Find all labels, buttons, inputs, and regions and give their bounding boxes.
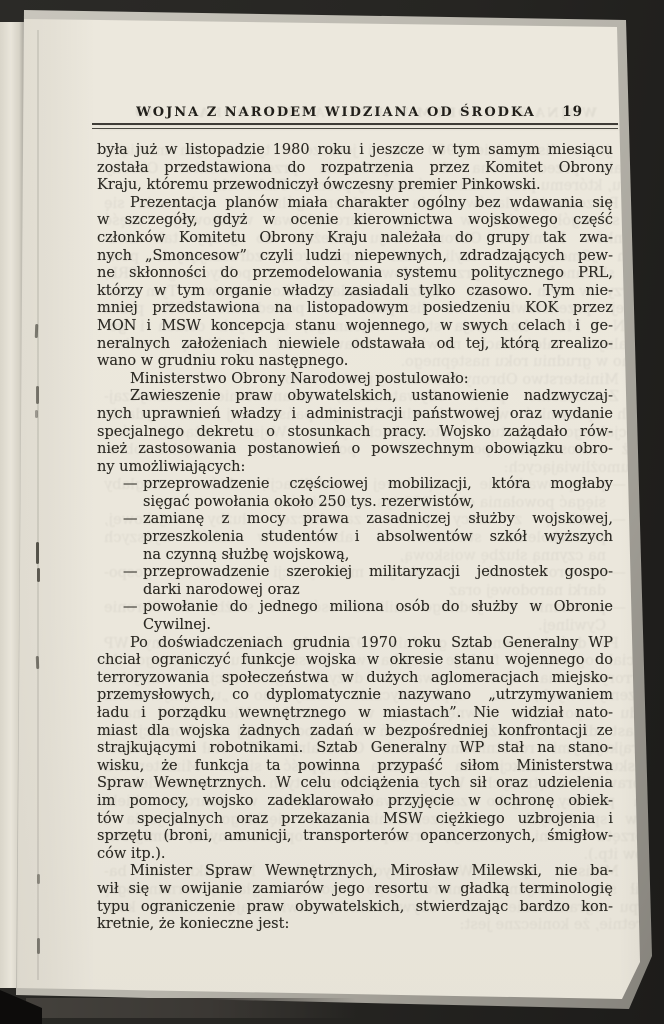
list-dash: — [123, 476, 143, 494]
list-item-lines: zamianę z mocy prawa zasadniczej służby … [143, 511, 613, 564]
text-line: nież zastosowania postanowień o powszech… [97, 441, 613, 459]
text-line: mniej przedstawiona na listopadowym posi… [97, 300, 613, 318]
text-line: członków Komitetu Obrony Kraju należała … [97, 230, 613, 248]
text-line: wił się w owijanie zamiarów jego resortu… [97, 881, 613, 899]
paragraph: Ministerstwo Obrony Narodowej postulował… [97, 371, 613, 389]
list-item: —przeprowadzenie częściowej mobilizacji,… [97, 476, 613, 511]
text-line: im pomocy, wojsko zadeklarowało przyjęci… [97, 793, 613, 811]
paragraph: Po doświadczeniach grudnia 1970 roku Szt… [97, 635, 613, 864]
gutter-crease-mark [37, 938, 40, 954]
text-line: przemysłowych, co dyplomatycznie nazywan… [97, 687, 613, 705]
text-line: Spraw Wewnętrznych. W celu odciążenia ty… [97, 775, 613, 793]
text-line: Cywilnej. [143, 617, 613, 635]
gutter-crease-mark [36, 542, 39, 564]
gutter-crease-mark [37, 874, 40, 884]
page-number: 19 [562, 103, 583, 122]
text-line: ładu i porządku wewnętrznego w miastach”… [97, 705, 613, 723]
text-line: Zawieszenie praw obywatelskich, ustanowi… [97, 388, 613, 406]
text-line: zamianę z mocy prawa zasadniczej służby … [143, 511, 613, 529]
gutter-crease-mark [37, 568, 40, 582]
list-item: —przeprowadzenie szerokiej militaryzacji… [97, 564, 613, 599]
paragraph: Prezentacja planów miała charakter ogóln… [97, 195, 613, 371]
running-header: WOJNA Z NARODEM WIDZIANA OD ŚRODKA 19 [97, 103, 613, 122]
text-line: na czynną służbę wojskową, [143, 547, 613, 565]
gutter-crease-mark [35, 324, 38, 338]
running-header-title: WOJNA Z NARODEM WIDZIANA OD ŚRODKA [97, 103, 613, 122]
gutter-crease-mark [36, 386, 39, 404]
page-bottom-edge-shadow [26, 998, 356, 1018]
text-line: została przedstawiona do rozpatrzenia pr… [97, 160, 613, 178]
gutter-crease-mark [36, 656, 39, 669]
text-line: kretnie, że konieczne jest: [97, 916, 613, 934]
text-line: sięgać powołania około 250 tys. rezerwis… [143, 494, 613, 512]
text-block: była już w listopadzie 1980 roku i jeszc… [97, 142, 613, 934]
gutter-crease-mark [35, 410, 38, 418]
text-line: Ministerstwo Obrony Narodowej postulował… [97, 371, 613, 389]
list-dash: — [123, 511, 143, 529]
text-line: ny umożliwiających: [97, 459, 613, 477]
text-line: wano w grudniu roku następnego. [97, 353, 613, 371]
list-item-lines: przeprowadzenie szerokiej militaryzacji … [143, 564, 613, 599]
text-line: Po doświadczeniach grudnia 1970 roku Szt… [97, 635, 613, 653]
text-line: MON i MSW koncepcja stanu wojennego, w s… [97, 318, 613, 336]
page-content: WOJNA Z NARODEM WIDZIANA OD ŚRODKA 19 by… [97, 103, 613, 934]
text-line: chciał ograniczyć funkcje wojska w okres… [97, 652, 613, 670]
text-line: miast dla wojska żadnych zadań w bezpośr… [97, 723, 613, 741]
list-dash: — [123, 564, 143, 582]
text-line: Minister Spraw Wewnętrznych, Mirosław Mi… [97, 863, 613, 881]
text-line: w szczegóły, gdyż w ocenie kierownictwa … [97, 212, 613, 230]
list-dash: — [123, 599, 143, 617]
text-line: przeprowadzenie częściowej mobilizacji, … [143, 476, 613, 494]
text-line: darki narodowej oraz [143, 582, 613, 600]
text-line: Kraju, któremu przewodniczył ówczesny pr… [97, 177, 613, 195]
paragraph: była już w listopadzie 1980 roku i jeszc… [97, 142, 613, 195]
list-item: —powołanie do jednego miliona osób do sł… [97, 599, 613, 634]
text-line: nych „Smoncesow” czyli ludzi niepewnych,… [97, 248, 613, 266]
header-rule [92, 123, 618, 129]
text-line: nych uprawnień władzy i administracji pa… [97, 406, 613, 424]
list-item: —zamianę z mocy prawa zasadniczej służby… [97, 511, 613, 564]
book-page: WOJNA Z NARODEM WIDZIANA OD ŚRODKA 19 by… [0, 0, 664, 1024]
paragraph: Minister Spraw Wewnętrznych, Mirosław Mi… [97, 863, 613, 933]
text-line: terroryzowania społeczeństwa w dużych ag… [97, 670, 613, 688]
text-line: wisku, że funkcja ta powinna przypaść si… [97, 758, 613, 776]
text-line: Prezentacja planów miała charakter ogóln… [97, 195, 613, 213]
list-item-lines: powołanie do jednego miliona osób do słu… [143, 599, 613, 634]
text-line: strajkującymi robotnikami. Sztab General… [97, 740, 613, 758]
text-line: ne skłonności do przemodelowania systemu… [97, 265, 613, 283]
paragraph: Zawieszenie praw obywatelskich, ustanowi… [97, 388, 613, 476]
text-line: ców itp.). [97, 846, 613, 864]
text-line: przeszkolenia studentów i absolwentów sz… [143, 529, 613, 547]
text-line: typu ograniczenie praw obywatelskich, st… [97, 899, 613, 917]
gutter-crease [37, 30, 39, 980]
text-line: powołanie do jednego miliona osób do słu… [143, 599, 613, 617]
text-line: którzy w tym organie władzy zasiadali ty… [97, 283, 613, 301]
photo-background: WOJNA Z NARODEM WIDZIANA OD ŚRODKA 19 by… [0, 0, 664, 1024]
list-item-lines: przeprowadzenie częściowej mobilizacji, … [143, 476, 613, 511]
text-line: specjalnego dekretu o stosunkach pracy. … [97, 424, 613, 442]
text-line: tów specjalnych oraz przekazania MSW cię… [97, 811, 613, 829]
text-line: przeprowadzenie szerokiej militaryzacji … [143, 564, 613, 582]
text-line: neralnych założeniach niewiele odstawała… [97, 336, 613, 354]
text-line: sprzętu (broni, amunicji, transporterów … [97, 828, 613, 846]
text-line: była już w listopadzie 1980 roku i jeszc… [97, 142, 613, 160]
